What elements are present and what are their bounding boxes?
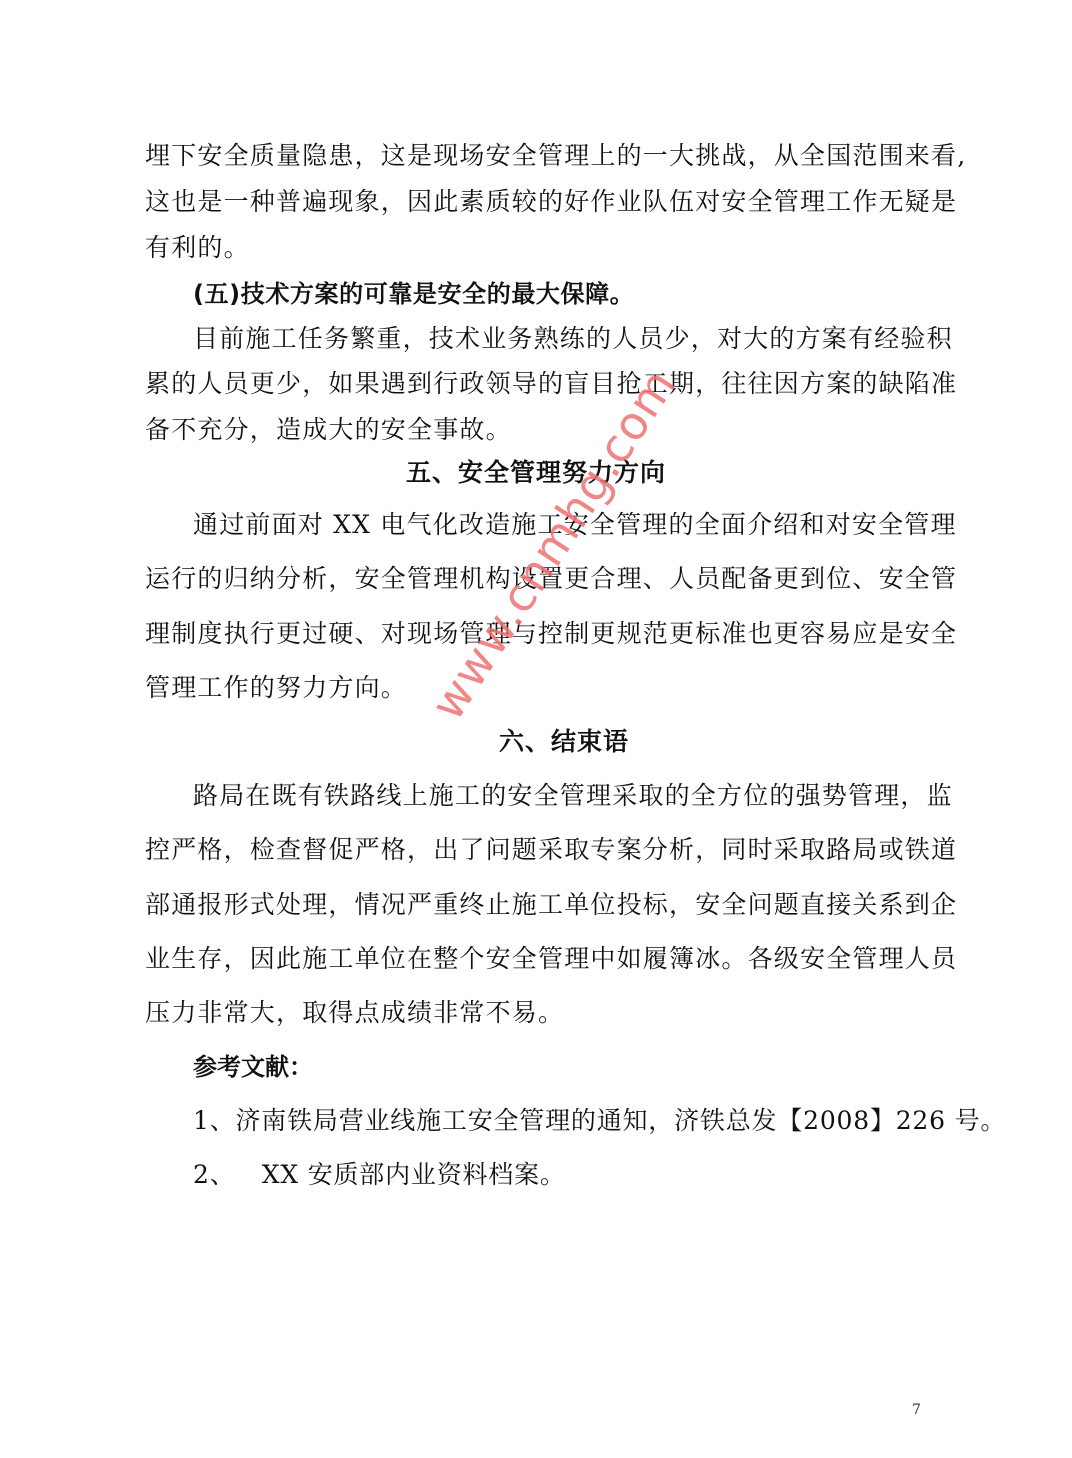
paragraph-line: 有利的。	[145, 233, 935, 263]
document-page: 埋下安全质量隐患，这是现场安全管理上的一大挑战，从全国范围来看, 这也是一种普遍…	[0, 0, 1072, 1458]
paragraph-line: 控严格，检查督促严格，出了问题采取专案分析，同时采取路局或铁道	[145, 835, 935, 865]
reference-item: 1、济南铁局营业线施工安全管理的通知，济铁总发【2008】226 号。	[193, 1106, 1006, 1136]
paragraph-line: 通过前面对 XX 电气化改造施工安全管理的全面介绍和对安全管理	[193, 510, 935, 540]
paragraph-line: 埋下安全质量隐患，这是现场安全管理上的一大挑战，从全国范围来看,	[145, 141, 935, 171]
section-title: 六、结束语	[28, 727, 1072, 757]
paragraph-line: 业生存，因此施工单位在整个安全管理中如履簿冰。各级安全管理人员	[145, 944, 935, 974]
references-title: 参考文献：	[193, 1052, 313, 1082]
paragraph-line: 部通报形式处理，情况严重终止施工单位投标，安全问题直接关系到企	[145, 890, 935, 920]
page-number: 7	[912, 1402, 921, 1418]
paragraph-line: 理制度执行更过硬、对现场管理与控制更规范更标准也更容易应是安全	[145, 619, 935, 649]
paragraph-line: 运行的归纳分析，安全管理机构设置更合理、人员配备更到位、安全管	[145, 564, 935, 594]
paragraph-line: 路局在既有铁路线上施工的安全管理采取的全方位的强势管理，监	[193, 781, 935, 811]
paragraph-line: 压力非常大，取得点成绩非常不易。	[145, 998, 935, 1028]
paragraph-line: 这也是一种普遍现象，因此素质较的好作业队伍对安全管理工作无疑是	[145, 187, 935, 217]
paragraph-line: 累的人员更少，如果遇到行政领导的盲目抢工期，往往因方案的缺陷准	[145, 369, 935, 399]
paragraph-line: 目前施工任务繁重，技术业务熟练的人员少，对大的方案有经验积	[193, 324, 935, 354]
subsection-title: (五)技术方案的可靠是安全的最大保障。	[193, 279, 634, 309]
section-title: 五、安全管理努力方向	[0, 458, 1072, 488]
paragraph-line: 备不充分，造成大的安全事故。	[145, 415, 935, 445]
paragraph-line: 管理工作的努力方向。	[145, 673, 935, 703]
reference-item: 2、 XX 安质部内业资料档案。	[193, 1160, 566, 1190]
